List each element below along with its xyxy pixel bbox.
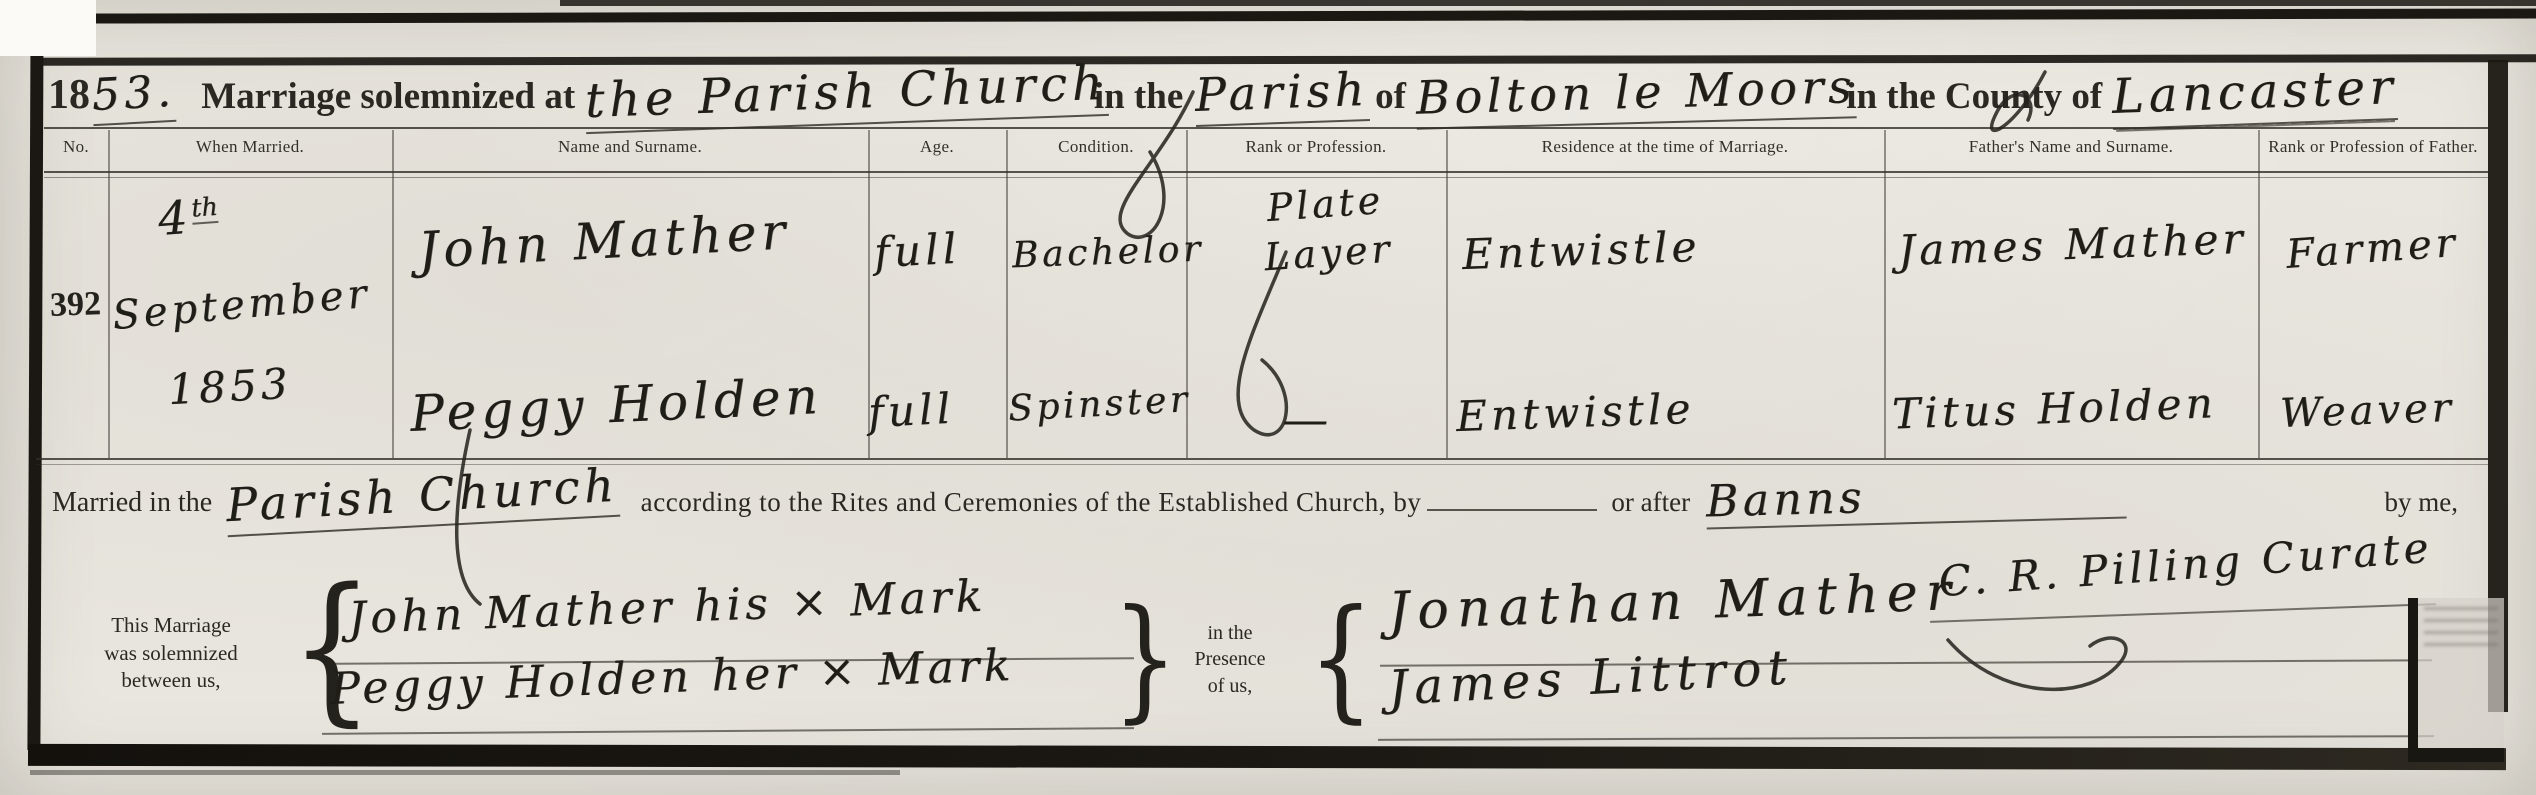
solemnized-label-line2: was solemnized xyxy=(46,640,296,668)
solemnized-label-line3: between us, xyxy=(46,667,296,695)
officiant-line xyxy=(1930,603,2436,623)
col-header-father-rank: Rank or Profession of Father. xyxy=(2258,128,2488,157)
rites-line: Married in the Parish Church according t… xyxy=(52,468,2488,527)
top-border-rule xyxy=(95,8,2536,23)
marriage-register-scan: 18 53. Marriage solemnized at the Parish… xyxy=(0,0,2536,795)
bride-condition: Spinster xyxy=(1007,379,1192,430)
groom-father-profession: Farmer xyxy=(2285,220,2461,278)
printed-according: according to the Rites and Ceremonies of… xyxy=(641,487,1422,518)
bleed-through-stamp xyxy=(2408,598,2504,762)
col-header-rank-profession: Rank or Profession. xyxy=(1186,128,1446,157)
year-handwritten: 53. xyxy=(91,66,177,126)
solemnized-label: This Marriage was solemnized between us, xyxy=(46,612,296,695)
col-header-condition: Condition. xyxy=(1006,128,1186,157)
county-handwritten: Lancaster xyxy=(2111,59,2398,130)
district-handwritten: Parish xyxy=(1194,62,1370,127)
presence-label-line3: of us, xyxy=(1150,673,1310,699)
officiant-signature: C. R. Pilling Curate xyxy=(1937,523,2434,606)
form-header: 18 53. Marriage solemnized at the Parish… xyxy=(48,64,2478,125)
groom-residence: Entwistle xyxy=(1461,222,1701,279)
table-header-bottom-line-2 xyxy=(44,177,2488,178)
col-line-2 xyxy=(392,130,394,458)
witness1-signature: Jonathan Mather xyxy=(1387,562,1960,642)
day-suffix: th xyxy=(190,192,219,225)
when-married-year: 1853 xyxy=(167,359,293,414)
when-married-month: September xyxy=(110,271,372,339)
presence-label-line2: Presence xyxy=(1150,646,1310,672)
header-printed-of: of xyxy=(1375,75,1406,118)
ghost-text-line xyxy=(2424,643,2498,646)
ghost-text-line xyxy=(2424,631,2498,634)
bottom-border-rule xyxy=(28,744,2506,770)
blank-underline xyxy=(1427,509,1597,511)
col-header-age: Age. xyxy=(868,128,1006,157)
bride-signature-line xyxy=(322,727,1134,735)
bride-father-profession: Weaver xyxy=(2279,385,2455,437)
groom-father-name: James Mather xyxy=(1897,214,2247,275)
presence-label: in the Presence of us, xyxy=(1150,620,1310,699)
bride-age: full xyxy=(867,384,956,437)
groom-age: full xyxy=(873,224,962,277)
col-header-name-surname: Name and Surname. xyxy=(392,128,868,157)
groom-condition: Bachelor xyxy=(1011,229,1204,277)
groom-name: John Mather xyxy=(417,202,792,279)
banns-handwritten: Banns xyxy=(1706,466,2127,530)
left-edge-bar xyxy=(27,16,43,750)
groom-signature: John Mather his × Mark xyxy=(347,571,987,644)
entry-number: 392 xyxy=(49,285,101,325)
col-header-when-married: When Married. xyxy=(108,128,392,157)
bride-name: Peggy Holden xyxy=(409,367,824,443)
church-handwritten: Parish Church xyxy=(225,458,620,537)
printed-married-in-the: Married in the xyxy=(52,487,212,519)
presence-label-line1: in the xyxy=(1150,620,1310,646)
solemnized-label-line1: This Marriage xyxy=(46,612,296,640)
bride-signature: Peggy Holden her × Mark xyxy=(329,640,1015,715)
ghost-text-line xyxy=(2424,619,2498,622)
ghost-text-line xyxy=(2424,607,2498,610)
col-line-7 xyxy=(1884,130,1886,458)
corner-cut xyxy=(0,0,96,56)
header-printed-solemnized: Marriage solemnized at xyxy=(201,75,575,118)
when-married-day: 4th xyxy=(156,188,220,246)
printed-by-me: by me, xyxy=(2385,487,2459,518)
groom-profession: Plate Layer xyxy=(1219,173,1435,286)
place-handwritten: the Parish Church xyxy=(584,55,1108,134)
bottom-smudge xyxy=(30,770,900,775)
header-printed-county: in the County of xyxy=(1846,75,2102,118)
col-header-residence: Residence at the time of Marriage. xyxy=(1446,128,1884,157)
table-header-bottom-line-1 xyxy=(44,171,2488,173)
presence-brace-right: { xyxy=(1308,591,1374,724)
col-header-father-name: Father's Name and Surname. xyxy=(1884,128,2258,157)
parish-handwritten: Bolton le Moors xyxy=(1415,59,1857,130)
col-line-8 xyxy=(2258,130,2260,458)
col-header-no: No. xyxy=(44,128,108,157)
bride-father-name: Titus Holden xyxy=(1891,378,2217,438)
top-edge-rule xyxy=(560,0,2536,6)
witness2-signature: James Littrot xyxy=(1387,639,1795,716)
year-printed: 18 xyxy=(48,71,90,119)
witness2-line xyxy=(1378,735,2434,741)
printed-or-after: or after xyxy=(1611,487,1690,518)
col-line-6 xyxy=(1446,130,1448,458)
entries-bottom-line-1 xyxy=(36,458,2488,460)
bride-residence: Entwistle xyxy=(1455,384,1695,441)
bride-profession: — xyxy=(1282,392,1333,446)
table-header-row: No. When Married. Name and Surname. Age.… xyxy=(44,128,2488,172)
